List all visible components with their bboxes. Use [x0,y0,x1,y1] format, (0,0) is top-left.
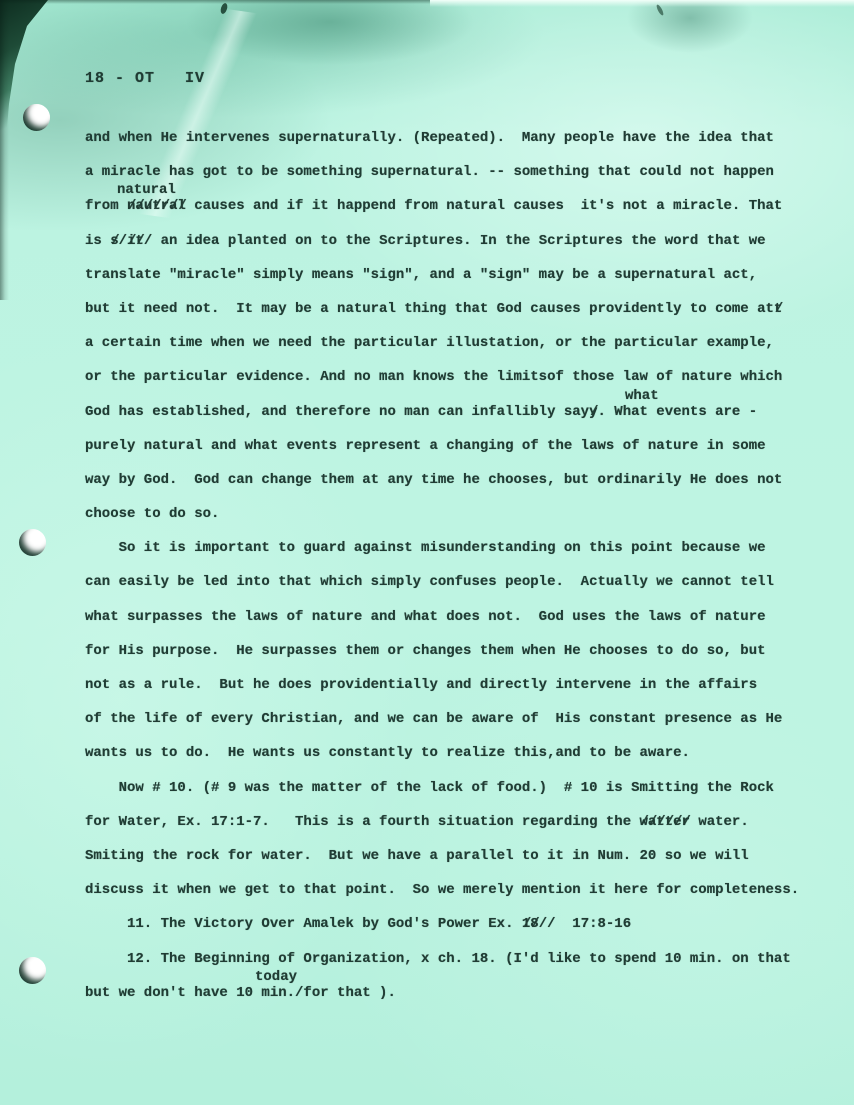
text-segment: So it is important to guard against misu… [85,540,766,556]
text-segment: can easily be led into that which simply… [85,574,774,590]
text-segment: for Water, Ex. 17:1-7. This is a fourth … [85,814,640,830]
text-line: way by God. God can change them at any t… [85,463,844,497]
struck-out-text: t [774,292,782,326]
top-edge-highlight [430,0,854,7]
text-segment: wants us to do. He wants us constantly t… [85,745,690,761]
text-line: for His purpose. He surpasses them or ch… [85,634,844,668]
text-line: a certain time when we need the particul… [85,326,844,360]
text-line: whatGod has established, and therefore n… [85,395,844,429]
text-line: Now # 10. (# 9 was the matter of the lac… [85,771,844,805]
struck-out-text: s [110,224,118,258]
punch-hole [19,529,46,556]
text-line: choose to do so. [85,497,844,531]
text-segment: translate "miracle" simply means "sign",… [85,267,757,283]
text-segment: way by God. God can change them at any t… [85,472,782,488]
text-segment: a miracle has got to be something supern… [85,164,774,180]
text-segment: for His purpose. He surpasses them or ch… [85,643,766,659]
text-segment: not as a rule. But he does providentiall… [85,677,757,693]
text-segment: Now # 10. (# 9 was the matter of the lac… [85,780,774,796]
text-segment: causes and if it happend from natural ca… [186,198,783,214]
text-segment: what surpasses the laws of nature and wh… [85,609,766,625]
text-line: what surpasses the laws of nature and wh… [85,600,844,634]
text-line: 11. The Victory Over Amalek by God's Pow… [85,907,844,941]
struck-out-text: y [589,395,597,429]
text-line: or the particular evidence. And no man k… [85,360,844,394]
text-line: and when He intervenes supernaturally. (… [85,121,844,155]
text-line: a miracle has got to be something supern… [85,155,844,189]
text-line: purely natural and what events represent… [85,429,844,463]
text-segment: and when He intervenes supernaturally. (… [85,130,774,146]
text-segment: 11. The Victory Over Amalek by God's Pow… [85,916,522,932]
text-line: naturalfrom nautral causes and if it hap… [85,189,844,223]
text-segment: from [85,198,127,214]
left-edge-shadow [0,0,9,300]
text-line: can easily be led into that which simply… [85,565,844,599]
text-segment: but we don't have 10 min./for that ). [85,985,396,1001]
text-segment: / an idea planted on to the Scriptures. … [144,233,766,249]
text-segment: choose to do so. [85,506,219,522]
interlinear-correction: today [255,970,297,984]
punch-hole [19,957,46,984]
text-line: of the life of every Christian, and we c… [85,702,844,736]
text-segment: 12. The Beginning of Organization, x ch.… [85,951,791,967]
text-line: not as a rule. But he does providentiall… [85,668,844,702]
struck-out-text: watter [640,805,690,839]
punch-hole [23,104,50,131]
text-segment: but it need not. It may be a natural thi… [85,301,774,317]
struck-out-text: it [127,224,144,258]
text-segment: . What events are - [598,404,758,420]
text-line: Smiting the rock for water. But we have … [85,839,844,873]
interlinear-correction: what [625,389,659,403]
text-line: but it need not. It may be a natural thi… [85,292,844,326]
text-segment: or the particular evidence. And no man k… [85,369,782,385]
document-lines: and when He intervenes supernaturally. (… [85,121,844,1010]
scanned-document-page: 18 - OT IV and when He intervenes supern… [0,0,854,1105]
text-segment: Smiting the rock for water. But we have … [85,848,749,864]
text-line: So it is important to guard against misu… [85,531,844,565]
struck-out-text: 18 [522,907,539,941]
struck-out-text: nautral [127,189,186,223]
text-segment: of the life of every Christian, and we c… [85,711,782,727]
text-line: todaybut we don't have 10 min./for that … [85,976,844,1010]
text-segment: God has established, and therefore no ma… [85,404,589,420]
text-line: is s/it/ an idea planted on to the Scrip… [85,224,844,258]
text-line: wants us to do. He wants us constantly t… [85,736,844,770]
text-line: translate "miracle" simply means "sign",… [85,258,844,292]
text-line: 12. The Beginning of Organization, x ch.… [85,942,844,976]
text-segment: a certain time when we need the particul… [85,335,774,351]
text-segment: is [85,233,110,249]
text-line: discuss it when we get to that point. So… [85,873,844,907]
page-header: 18 - OT IV [85,70,205,87]
text-segment: water. [690,814,749,830]
text-segment: discuss it when we get to that point. So… [85,882,799,898]
text-line: for Water, Ex. 17:1-7. This is a fourth … [85,805,844,839]
top-edge-shadow [0,0,430,4]
text-segment: // 17:8-16 [539,916,631,932]
text-segment: purely natural and what events represent… [85,438,766,454]
